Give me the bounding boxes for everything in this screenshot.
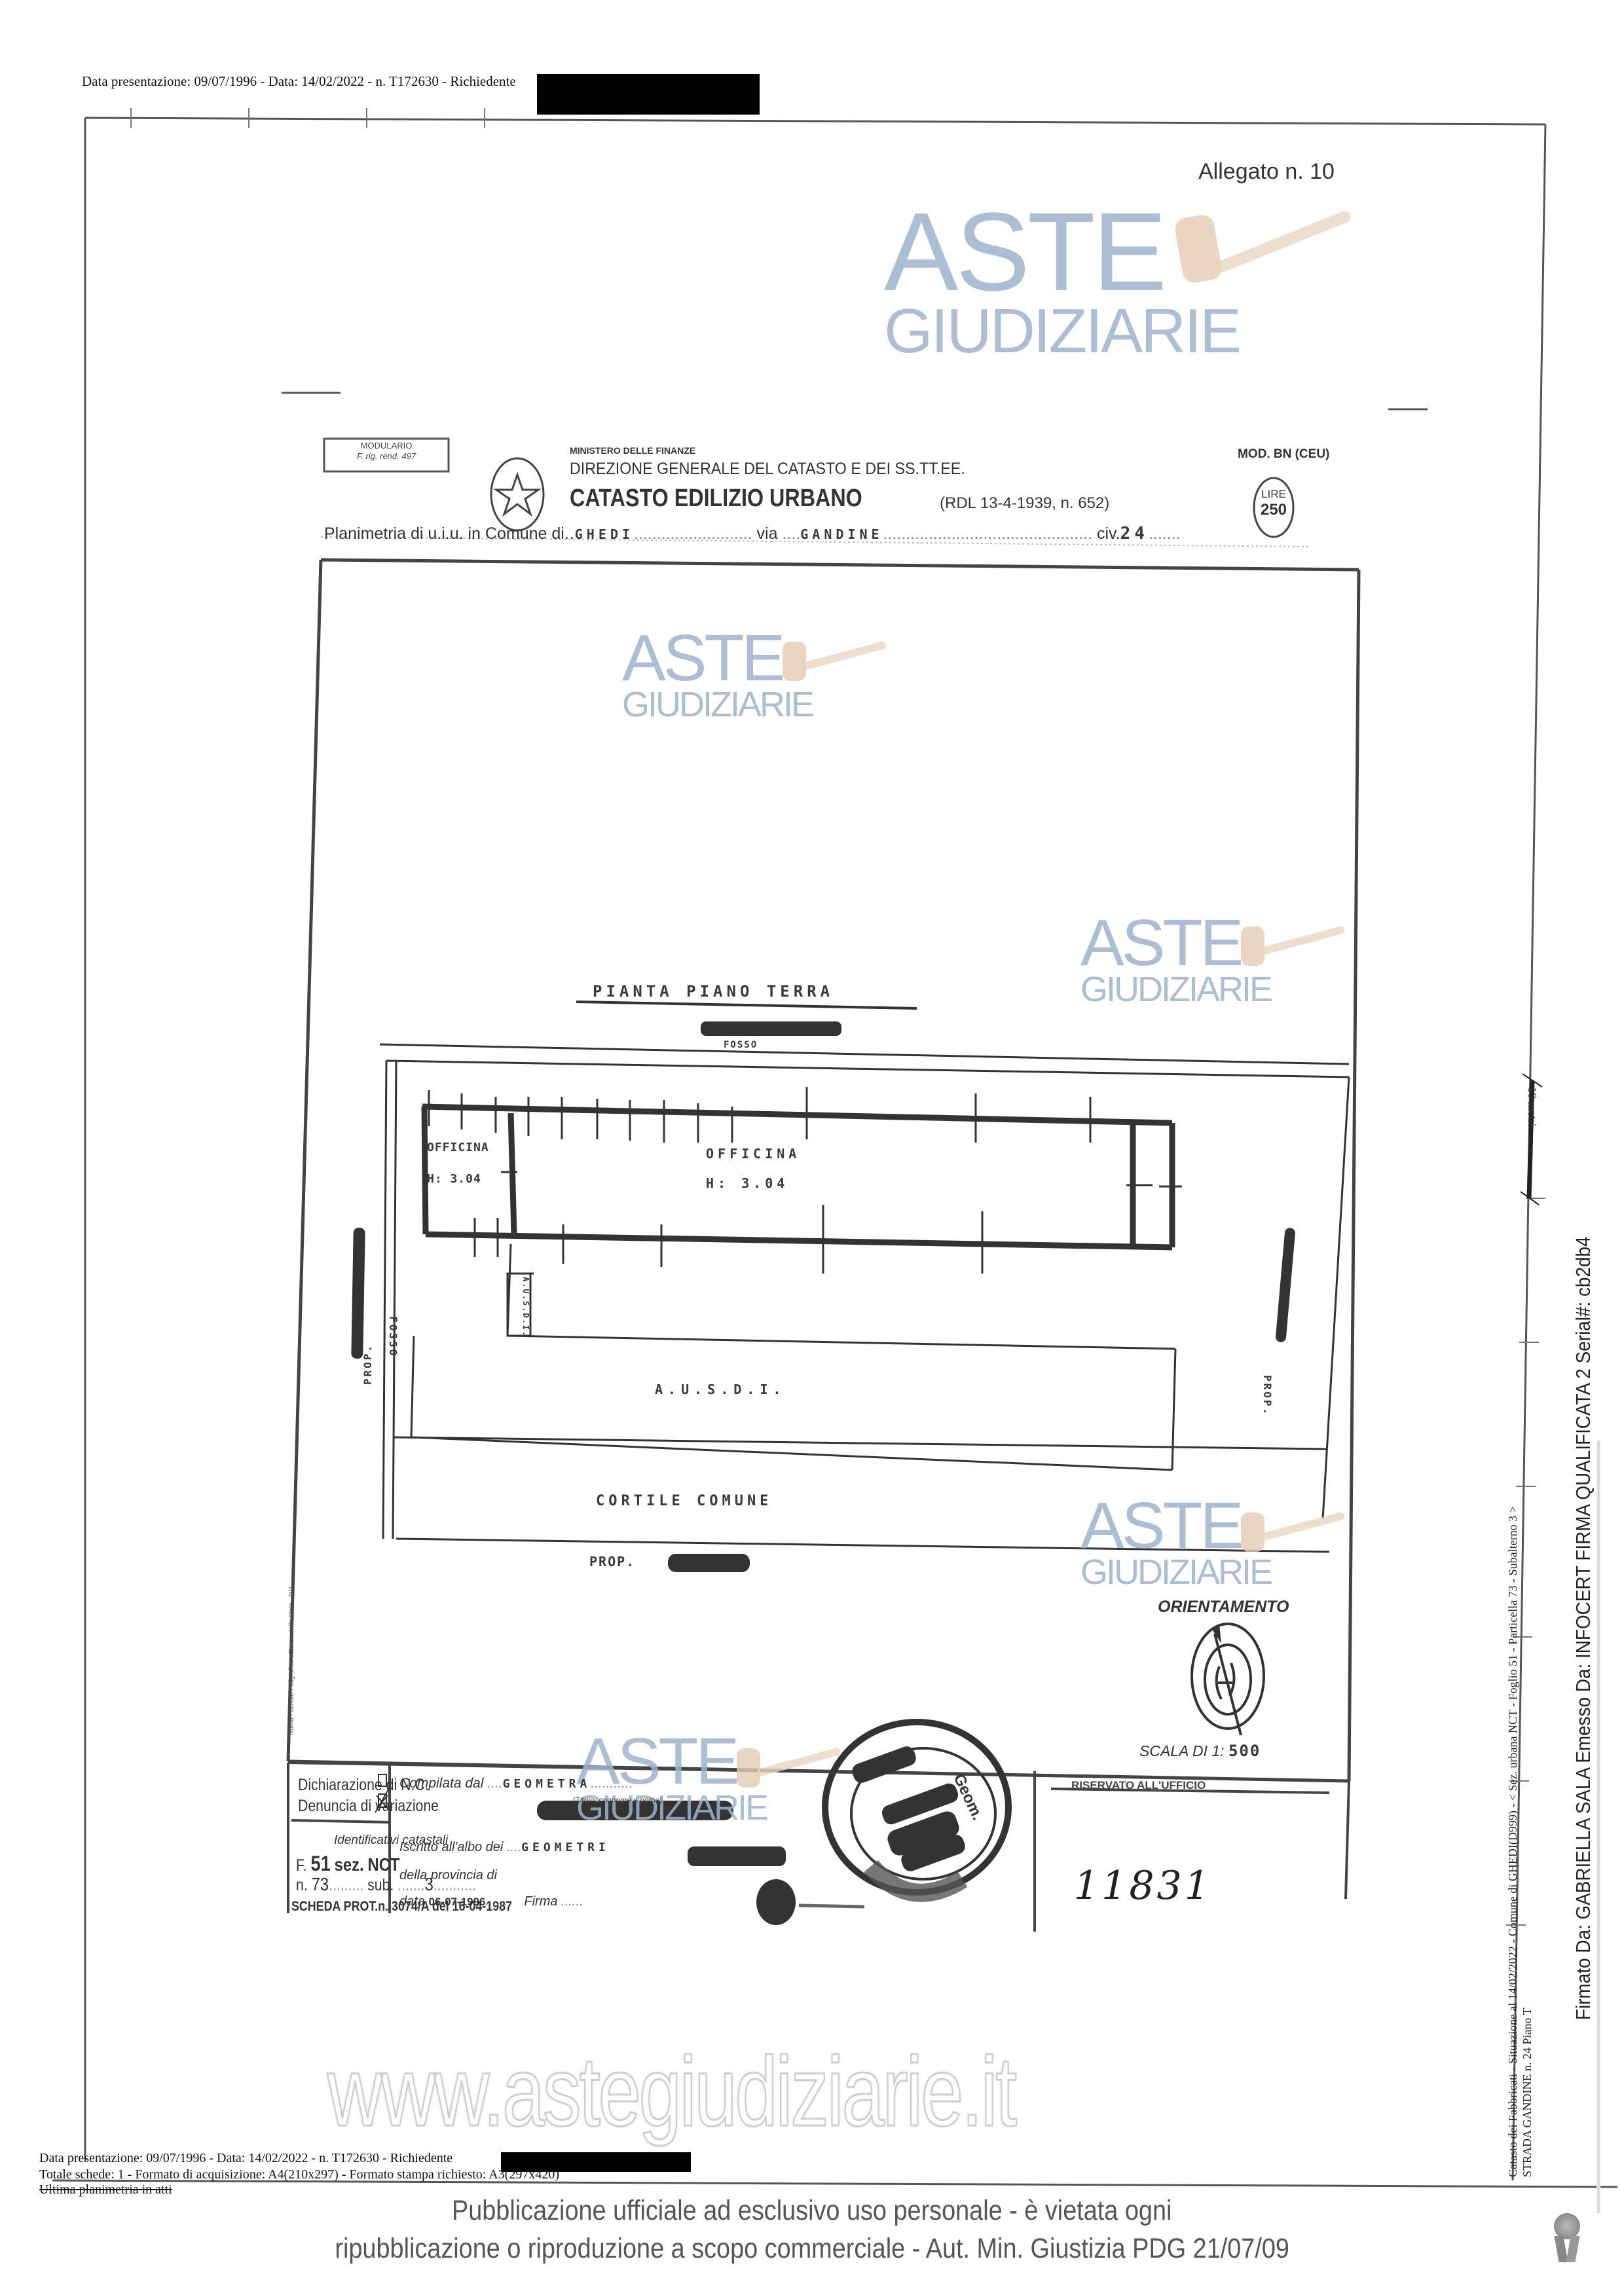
gavel-icon <box>1238 913 1356 979</box>
iscritto-value: GEOMETRI <box>521 1841 610 1854</box>
catasto-title: CATASTO EDILIZIO URBANO <box>570 485 862 513</box>
redaction-box <box>537 74 760 115</box>
rdl-label: (RDL 13-4-1939, n. 652) <box>940 494 1109 513</box>
direzione-label: DIREZIONE GENERALE DEL CATASTO E DEI SS.… <box>570 460 965 479</box>
other-unit-label: A.U.S.D.I. <box>655 1382 786 1397</box>
catasto-side-line2: STRADA GANDINE n. 24 Piano T <box>1521 2008 1534 2177</box>
catasto-side-line1: Catasto dei Fabbricati - Situazione al 1… <box>1506 1506 1520 2177</box>
compilata-row: Compilata dal ....GEOMETRA........... <box>399 1776 633 1791</box>
header-info-line: Data presentazione: 09/07/1996 - Data: 1… <box>82 73 516 90</box>
legal-notice-line1: Pubblicazione ufficiale ad esclusivo uso… <box>0 2195 1624 2227</box>
mod-label: MOD. BN (CEU) <box>1238 447 1329 462</box>
scala-label: SCALA DI 1: 500 <box>1139 1742 1261 1760</box>
planimetria-line: Planimetria di u.i.u. in Comune di..GHED… <box>324 524 1181 543</box>
fosso-left-label: FOSSO <box>387 1316 399 1357</box>
floor-plan-drawing <box>0 0 1624 2295</box>
room-label-officina-main: OFFICINA <box>706 1146 800 1162</box>
prop-bottom-label: PROP. <box>589 1554 635 1570</box>
riservato-label: RISERVATO ALL'UFFICIO <box>1071 1779 1206 1792</box>
room-label-officina-small: OFFICINA <box>427 1141 489 1154</box>
bottom-info-line2: Totale schede: 1 - Formato di acquisizio… <box>39 2167 559 2182</box>
comune-value: GHEDI <box>575 526 634 542</box>
room-height-officina-main: H: 3.04 <box>706 1175 788 1191</box>
digital-signature-line: Firmato Da: GABRIELLA SALA Emesso Da: IN… <box>1572 1236 1595 2020</box>
gavel-icon <box>1172 196 1369 301</box>
compass-icon <box>1189 1624 1267 1735</box>
fosso-top-label: FOSSO <box>724 1040 758 1050</box>
prop-right-label: PROP. <box>1261 1375 1274 1416</box>
room-height-officina-small: H: 3.04 <box>427 1172 481 1186</box>
scale-bar-label: 10 metri <box>1525 1087 1539 1127</box>
cortile-comune-label: CORTILE COMUNE <box>596 1493 772 1509</box>
printer-side-label: Roma - Istituto Poligrafico e Zecca dell… <box>288 1586 295 1735</box>
watermark-url: www.astegiudiziarie.it <box>327 2035 1015 2148</box>
allegato-label: Allegato n. 10 <box>1198 159 1335 185</box>
gavel-icon <box>1238 1499 1356 1565</box>
lire-stamp: LIRE 250 <box>1254 488 1293 519</box>
signature-shadow-bar <box>1596 1441 1600 2213</box>
denuncia-variazione-label: Denuncia di variazione <box>298 1797 439 1816</box>
bottom-info-line1: Data presentazione: 09/07/1996 - Data: 1… <box>39 2151 452 2166</box>
gavel-icon <box>733 1735 851 1801</box>
iscritto-row: Iscritto all'albo dei ....GEOMETRI <box>399 1840 610 1855</box>
prop-left-label: PROP. <box>361 1344 374 1385</box>
foglio-row: F. 51 sez. NCT <box>296 1852 399 1876</box>
civico-value: 24 <box>1120 524 1149 543</box>
other-unit-small-label: A.U.S.D.I. <box>521 1277 530 1337</box>
modulario-box: MODULARIO F. rig. rend. 497 <box>325 441 447 462</box>
riservato-number: 11831 <box>1074 1863 1212 1909</box>
plan-title: PIANTA PIANO TERRA <box>593 982 834 1001</box>
data-firma-row: data 06-07-1996...... Firma ...... <box>399 1894 583 1909</box>
ministero-label: MINISTERO DELLE FINANZE <box>570 445 695 456</box>
compilata-value: GEOMETRA <box>503 1777 591 1791</box>
provincia-label: della provincia di <box>399 1868 497 1883</box>
via-value: GANDINE <box>800 526 883 542</box>
gavel-icon <box>779 629 897 694</box>
orientamento-label: ORIENTAMENTO <box>1158 1598 1289 1617</box>
data-value: 06-07-1996 <box>429 1896 486 1908</box>
legal-notice-line2: ripubblicazione o riproduzione a scopo c… <box>0 2233 1624 2265</box>
titolo-hint: (Titolo, cognome e nome) <box>573 1795 662 1805</box>
